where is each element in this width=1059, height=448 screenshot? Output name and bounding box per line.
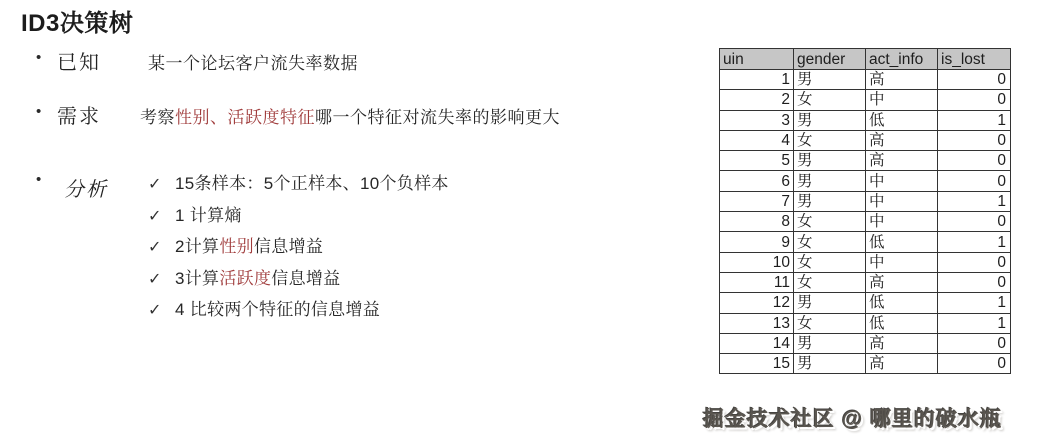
table-header-row: uin gender act_info is_lost (720, 49, 1011, 70)
section-analysis: • 分析 ✓ 15条样本：5个正样本、10个负样本 ✓ 1 计算熵 ✓ 2计算性… (36, 168, 449, 326)
table-cell: 男 (794, 293, 866, 313)
table-cell: 13 (720, 313, 794, 333)
table-cell: 低 (866, 293, 938, 313)
table-cell: 中 (866, 171, 938, 191)
bullet-icon: • (36, 168, 57, 188)
table-cell: 0 (938, 272, 1011, 292)
table-cell: 高 (866, 354, 938, 374)
table-cell: 0 (938, 130, 1011, 150)
table-row: 14男高0 (720, 333, 1011, 353)
section-known: • 已知 某一个论坛客户流失率数据 (36, 46, 358, 75)
table-row: 2女中0 (720, 90, 1011, 110)
table-cell: 女 (794, 252, 866, 272)
table-row: 15男高0 (720, 354, 1011, 374)
table-cell: 0 (938, 70, 1011, 90)
table-cell: 2 (720, 90, 794, 110)
table-cell: 女 (794, 130, 866, 150)
table-cell: 5 (720, 151, 794, 171)
table-cell: 8 (720, 212, 794, 232)
table-row: 13女低1 (720, 313, 1011, 333)
column-header-uin: uin (720, 49, 794, 70)
table-cell: 男 (794, 171, 866, 191)
section-demand-content: 考察性别、活跃度特征哪一个特征对流失率的影响更大 (140, 100, 560, 128)
table-cell: 7 (720, 191, 794, 211)
section-known-content: 某一个论坛客户流失率数据 (148, 46, 358, 74)
column-header-actinfo: act_info (866, 49, 938, 70)
table-cell: 男 (794, 191, 866, 211)
table-cell: 高 (866, 151, 938, 171)
item-text-red: 性别 (219, 237, 254, 256)
table-cell: 14 (720, 333, 794, 353)
table-cell: 0 (938, 333, 1011, 353)
table-cell: 1 (938, 232, 1011, 252)
checklist-item: ✓ 2计算性别信息增益 (148, 231, 449, 263)
table-cell: 0 (938, 252, 1011, 272)
table-cell: 0 (938, 212, 1011, 232)
table-row: 12男低1 (720, 293, 1011, 313)
table-cell: 男 (794, 110, 866, 130)
table-cell: 高 (866, 130, 938, 150)
churn-data-table: uin gender act_info is_lost 1男高02女中03男低1… (719, 48, 1011, 374)
checklist-item-text: 4 比较两个特征的信息增益 (175, 294, 380, 326)
check-icon: ✓ (148, 231, 175, 263)
table-cell: 1 (720, 70, 794, 90)
table-row: 7男中1 (720, 191, 1011, 211)
table-cell: 9 (720, 232, 794, 252)
check-icon: ✓ (148, 294, 175, 326)
table-cell: 女 (794, 90, 866, 110)
table-row: 10女中0 (720, 252, 1011, 272)
table-cell: 男 (794, 70, 866, 90)
table-cell: 中 (866, 212, 938, 232)
table-cell: 1 (938, 110, 1011, 130)
demand-text-suffix: 哪一个特征对流失率的影响更大 (315, 108, 560, 127)
table-cell: 0 (938, 171, 1011, 191)
checklist-item-text: 15条样本：5个正样本、10个负样本 (175, 168, 449, 200)
table-cell: 女 (794, 212, 866, 232)
table-cell: 男 (794, 354, 866, 374)
table-cell: 中 (866, 90, 938, 110)
item-text-post: 信息增益 (271, 269, 340, 288)
watermark: 掘金技术社区 @ 哪里的破水瓶 (703, 403, 1002, 433)
item-text-red: 活跃度 (219, 269, 271, 288)
table-cell: 0 (938, 354, 1011, 374)
check-icon: ✓ (148, 168, 175, 200)
item-text: 4 比较两个特征的信息增益 (175, 300, 380, 319)
check-icon: ✓ (148, 263, 175, 295)
slide: ID3决策树 • 已知 某一个论坛客户流失率数据 • 需求 考察性别、活跃度特征… (0, 0, 1059, 448)
column-header-islost: is_lost (938, 49, 1011, 70)
checklist-item: ✓ 4 比较两个特征的信息增益 (148, 294, 449, 326)
checklist-item-text: 3计算活跃度信息增益 (175, 263, 340, 295)
table-cell: 4 (720, 130, 794, 150)
checklist-item: ✓ 15条样本：5个正样本、10个负样本 (148, 168, 449, 200)
table-cell: 1 (938, 313, 1011, 333)
analysis-checklist: ✓ 15条样本：5个正样本、10个负样本 ✓ 1 计算熵 ✓ 2计算性别信息增益… (148, 168, 449, 326)
table-row: 1男高0 (720, 70, 1011, 90)
table-row: 9女低1 (720, 232, 1011, 252)
check-icon: ✓ (148, 200, 175, 232)
table-cell: 10 (720, 252, 794, 272)
table-cell: 15 (720, 354, 794, 374)
item-text: 3计算 (175, 269, 219, 288)
table-cell: 低 (866, 313, 938, 333)
table-cell: 高 (866, 272, 938, 292)
table-cell: 高 (866, 70, 938, 90)
table-cell: 高 (866, 333, 938, 353)
table-cell: 低 (866, 232, 938, 252)
table-row: 5男高0 (720, 151, 1011, 171)
table-cell: 中 (866, 252, 938, 272)
item-text-post: 信息增益 (254, 237, 323, 256)
item-text: 1 计算熵 (175, 206, 242, 225)
table-cell: 低 (866, 110, 938, 130)
section-demand: • 需求 考察性别、活跃度特征哪一个特征对流失率的影响更大 (36, 100, 560, 129)
table-cell: 0 (938, 90, 1011, 110)
bullet-icon: • (36, 46, 57, 66)
table-cell: 3 (720, 110, 794, 130)
page-title: ID3决策树 (21, 3, 133, 38)
table-cell: 1 (938, 191, 1011, 211)
table-cell: 女 (794, 232, 866, 252)
table-row: 3男低1 (720, 110, 1011, 130)
section-demand-label: 需求 (57, 100, 140, 129)
table-row: 6男中0 (720, 171, 1011, 191)
item-text: 2计算 (175, 237, 219, 256)
table-cell: 中 (866, 191, 938, 211)
table-cell: 12 (720, 293, 794, 313)
checklist-item: ✓ 1 计算熵 (148, 200, 449, 232)
checklist-item-text: 1 计算熵 (175, 200, 242, 232)
table-cell: 6 (720, 171, 794, 191)
demand-text-prefix: 考察 (140, 108, 175, 127)
table-row: 11女高0 (720, 272, 1011, 292)
bullet-icon: • (36, 100, 57, 120)
section-known-label: 已知 (57, 46, 148, 75)
table-cell: 11 (720, 272, 794, 292)
demand-text-highlight: 性别、活跃度特征 (175, 108, 315, 127)
table-cell: 男 (794, 333, 866, 353)
table-header: uin gender act_info is_lost (720, 49, 1011, 70)
table-cell: 男 (794, 151, 866, 171)
table-cell: 1 (938, 293, 1011, 313)
section-analysis-label: 分析 (57, 168, 148, 202)
checklist-item: ✓ 3计算活跃度信息增益 (148, 263, 449, 295)
table-row: 4女高0 (720, 130, 1011, 150)
table-row: 8女中0 (720, 212, 1011, 232)
checklist-item-text: 2计算性别信息增益 (175, 231, 323, 263)
table-body: 1男高02女中03男低14女高05男高06男中07男中18女中09女低110女中… (720, 70, 1011, 374)
column-header-gender: gender (794, 49, 866, 70)
item-text: 15条样本：5个正样本、10个负样本 (175, 174, 449, 193)
table-cell: 0 (938, 151, 1011, 171)
table-cell: 女 (794, 272, 866, 292)
table-cell: 女 (794, 313, 866, 333)
